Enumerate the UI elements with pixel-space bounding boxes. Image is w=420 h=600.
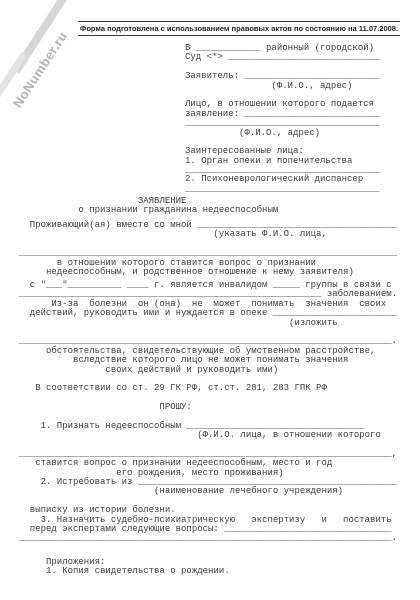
text-line: (указать Ф.И.О. лица, <box>19 230 397 239</box>
form-info-header: Форма подготовлена с использованием прав… <box>78 21 400 36</box>
text-line: (Ф.И.О. лица, в отношении которого <box>19 431 397 440</box>
text-line: (изложить <box>19 319 397 328</box>
statement-intro-block: Проживающий(ая) вместе со мной _________… <box>19 221 397 277</box>
text-line: о признании гражданина недееспособным <box>19 206 278 215</box>
statement-main-block: с "___"__________ ____ г. является инвал… <box>19 281 397 478</box>
text-line: ________________________________________… <box>19 534 397 543</box>
text-line: 1. Копия свидетельства о рождении. <box>19 567 230 576</box>
text-line: В соответствии со ст. 29 ГК РФ, ст.ст. 2… <box>19 384 397 393</box>
statement-requests-block: 2. Истребовать из ______________________… <box>19 478 397 544</box>
text-line: ПРОШУ: <box>19 403 397 412</box>
court-address-block: В ____________ районный (городской)Суд <… <box>185 44 379 194</box>
text-line: (Ф.И.О., адрес) <box>185 82 379 91</box>
text-line: (Ф.И.О., адрес) <box>185 129 379 138</box>
text-line: своих действий и руководить ими) <box>19 366 397 375</box>
text-line: (наименование лечебного учреждения) <box>19 487 397 496</box>
text-line: ____________________________________ <box>185 185 379 194</box>
document-title-block: ЗАЯВЛЕНИЕ о признании гражданина недеесп… <box>19 197 278 216</box>
form-info-header-text: Форма подготовлена с использованием прав… <box>80 24 398 33</box>
text-line: Суд <*> ____________________________ <box>185 53 379 62</box>
document-page: NoNumber.ru Форма подготовлена с использ… <box>0 0 420 600</box>
attachments-block: Приложения: 1. Копия свидетельства о рож… <box>19 558 230 577</box>
text-line: недееспособным, и родственное отношение … <box>19 268 397 277</box>
